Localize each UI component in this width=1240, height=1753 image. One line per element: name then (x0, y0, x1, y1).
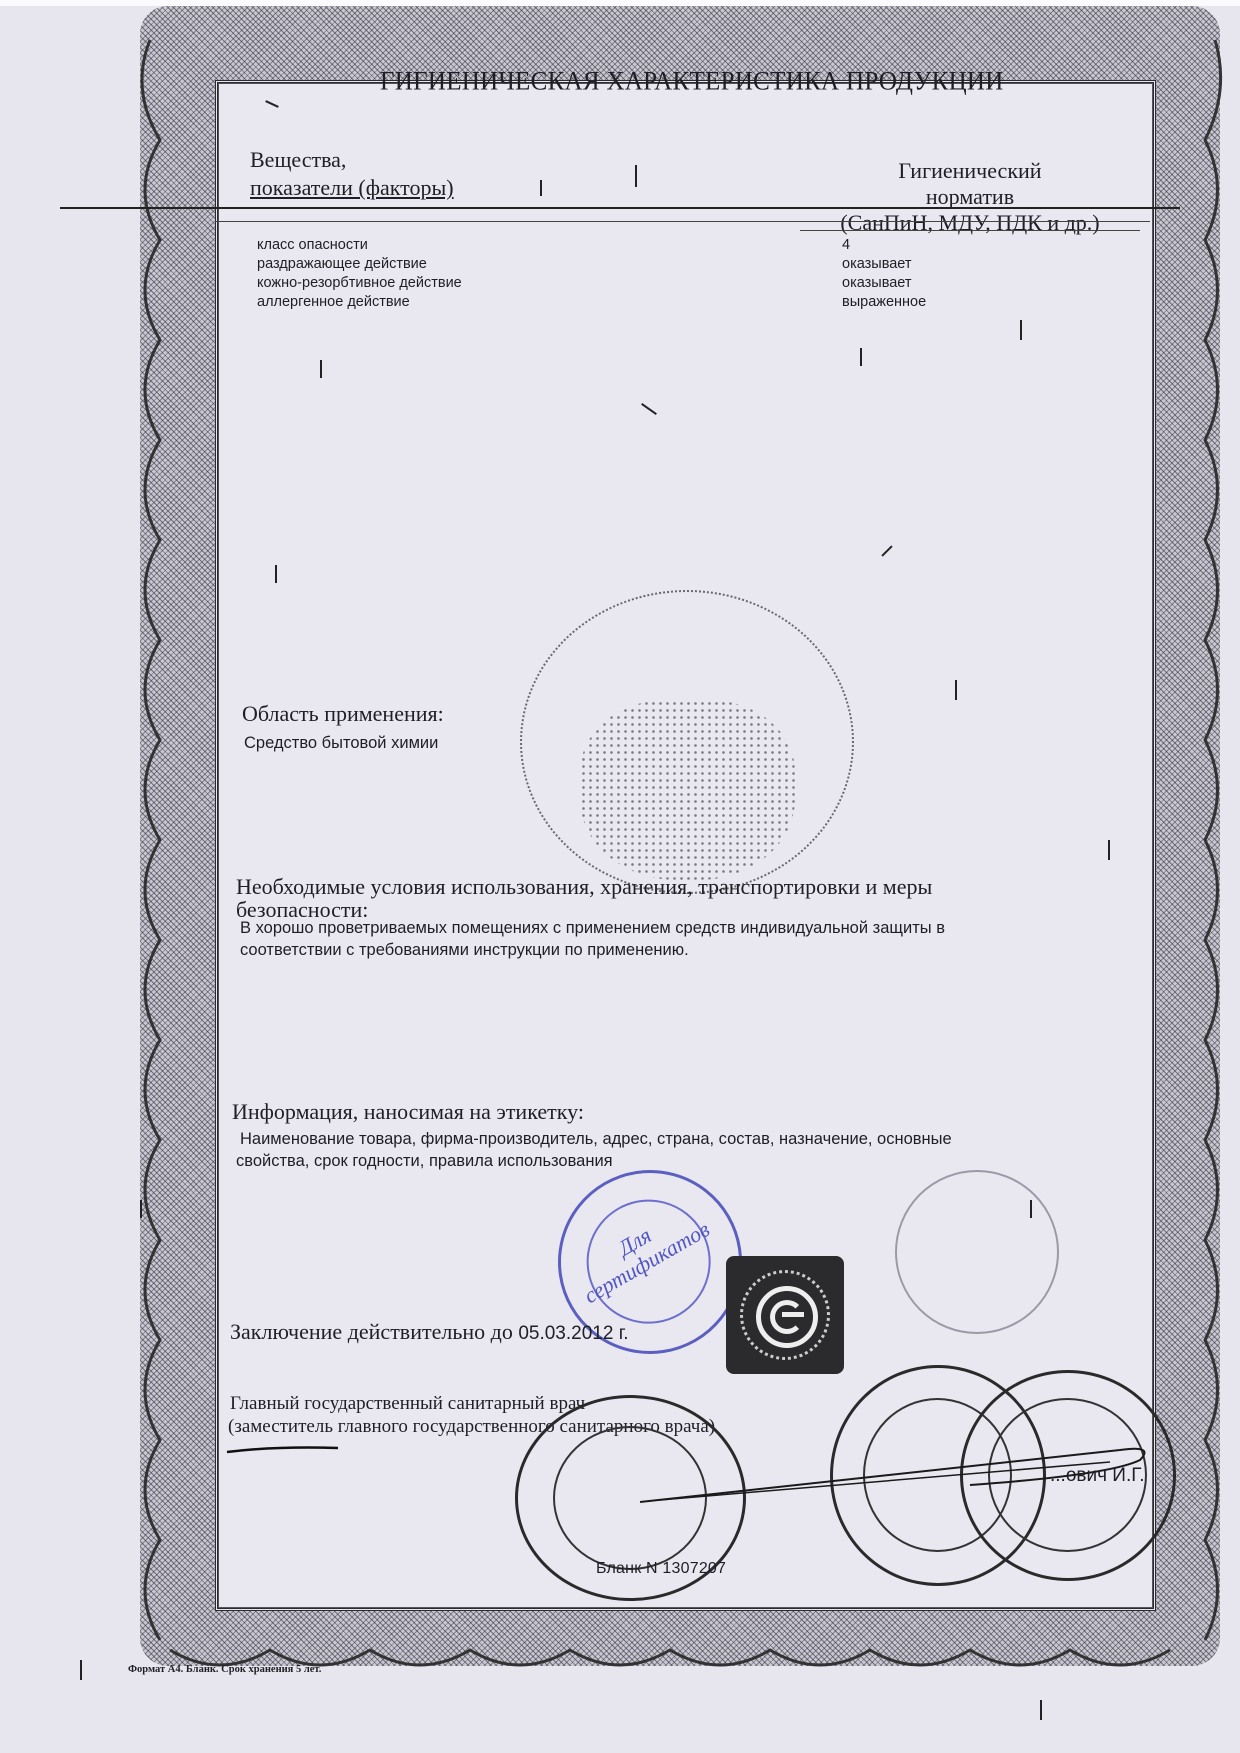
conditions-heading-line1: Необходимые условия использования, хране… (236, 875, 932, 899)
signer-name: ...ович И.Г. (1050, 1465, 1144, 1487)
seal-inner-c (770, 1300, 804, 1334)
table-header-right: Гигиенический норматив (СанПиН, МДУ, ПДК… (815, 158, 1125, 236)
certification-mark-seal (726, 1256, 844, 1374)
speck (1040, 1700, 1042, 1720)
certificate-page: ГИГИЕНИЧЕСКАЯ ХАРАКТЕРИСТИКА ПРОДУКЦИИ В… (0, 0, 1240, 1753)
speck (80, 1660, 82, 1680)
validity-line: Заключение действительно до 05.03.2012 г… (230, 1320, 629, 1346)
header-divider-right (800, 230, 1140, 231)
indicator-name: раздражающее действие (257, 255, 462, 274)
pen-underline-icon (225, 1446, 340, 1454)
form-number: Бланк N 1307207 (596, 1560, 726, 1578)
seal-bar (782, 1312, 804, 1317)
header-norm-line3: (СанПиН, МДУ, ПДК и др.) (815, 210, 1125, 236)
indicator-value: оказывает (842, 255, 926, 274)
signatory-title: Главный государственный санитарный врач (230, 1392, 585, 1416)
speck (955, 680, 957, 700)
header-substances: Вещества, (250, 146, 454, 174)
indicator-values: 4 оказывает оказывает выраженное (842, 236, 926, 312)
speck (1020, 320, 1022, 340)
label-info-text-line2: свойства, срок годности, правила использ… (236, 1151, 613, 1171)
speck (140, 1200, 142, 1218)
speck (860, 348, 862, 366)
indicator-names: класс опасности раздражающее действие ко… (257, 236, 462, 312)
indicator-name: аллергенное действие (257, 293, 462, 312)
label-info-text-line1: Наименование товара, фирма-производитель… (240, 1129, 952, 1149)
speck (635, 165, 637, 187)
header-divider-secondary (215, 221, 1150, 222)
table-header-left: Вещества, показатели (факторы) (250, 146, 454, 202)
indicator-value: 4 (842, 236, 926, 255)
application-text: Средство бытовой химии (244, 733, 438, 753)
validity-date: 05.03.2012 г. (518, 1323, 628, 1344)
eagle-emblem-icon (580, 700, 795, 880)
validity-label: Заключение действительно до (230, 1319, 513, 1344)
conditions-text-line2: соответствии с требованиями инструкции п… (240, 940, 689, 960)
label-info-heading: Информация, наносимая на этикетку: (232, 1100, 584, 1124)
speck (1030, 1200, 1032, 1218)
application-heading: Область применения: (242, 702, 444, 726)
footer-note: Формат А4. Бланк. Срок хранения 5 лет. (128, 1664, 321, 1675)
indicator-value: оказывает (842, 274, 926, 293)
speck (540, 180, 542, 196)
faint-stamp (895, 1170, 1059, 1334)
header-divider (60, 207, 1180, 209)
speck (1108, 840, 1110, 860)
indicator-name: класс опасности (257, 236, 462, 255)
indicator-name: кожно-резорбтивное действие (257, 274, 462, 293)
document-title: ГИГИЕНИЧЕСКАЯ ХАРАКТЕРИСТИКА ПРОДУКЦИИ (380, 67, 1004, 96)
header-indicators: показатели (факторы) (250, 174, 454, 202)
header-norm-line1: Гигиенический (815, 158, 1125, 184)
speck (275, 565, 277, 583)
indicator-value: выраженное (842, 293, 926, 312)
speck (320, 360, 322, 378)
conditions-text-line1: В хорошо проветриваемых помещениях с при… (240, 918, 945, 938)
